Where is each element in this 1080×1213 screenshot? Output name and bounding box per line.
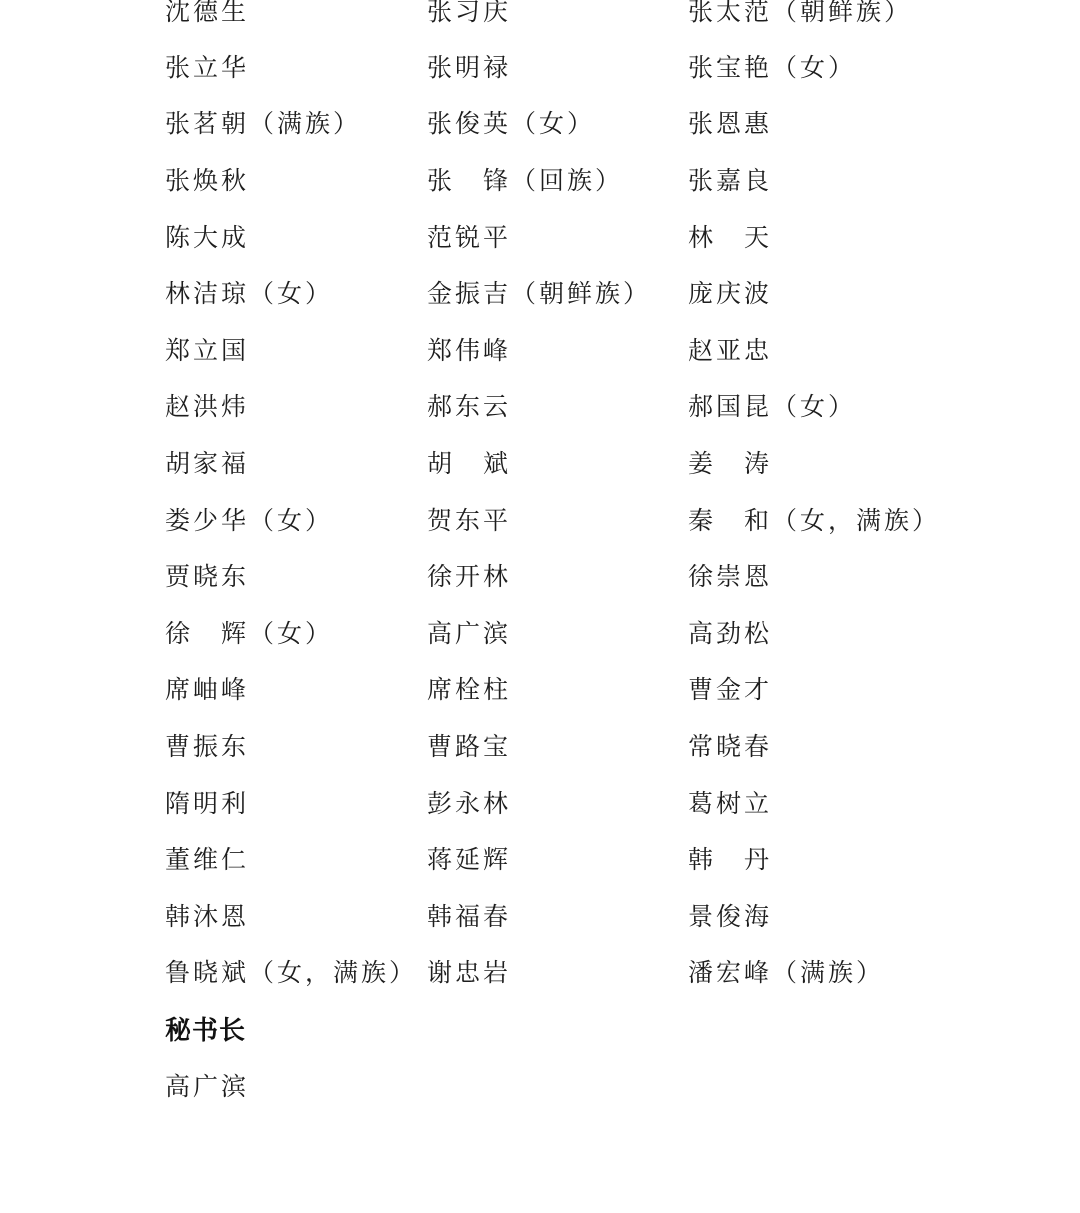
member-row: 徐 辉（女）高广滨高劲松 — [0, 614, 1080, 654]
member-row: 娄少华（女）贺东平秦 和（女，满族） — [0, 501, 1080, 541]
member-name: 曹振东 — [165, 727, 249, 767]
member-row: 陈大成范锐平林 天 — [0, 218, 1080, 258]
member-name: 沈德生 — [165, 0, 249, 32]
member-row: 赵洪炜郝东云郝国昆（女） — [0, 387, 1080, 427]
member-name: 谢忠岩 — [427, 953, 511, 993]
member-name: 金振吉（朝鲜族） — [427, 274, 651, 314]
member-name: 席岫峰 — [165, 670, 249, 710]
member-name: 曹金才 — [688, 670, 772, 710]
member-row: 沈德生张习庆张太范（朝鲜族） — [0, 0, 1080, 32]
member-name: 韩沐恩 — [165, 897, 249, 937]
member-name: 张 锋（回族） — [427, 161, 623, 201]
member-name: 曹路宝 — [427, 727, 511, 767]
member-name: 徐 辉（女） — [165, 614, 333, 654]
member-name: 陈大成 — [165, 218, 249, 258]
member-name: 董维仁 — [165, 840, 249, 880]
member-name: 张嘉良 — [688, 161, 772, 201]
member-row: 郑立国郑伟峰赵亚忠 — [0, 331, 1080, 371]
member-name: 张焕秋 — [165, 161, 249, 201]
member-row: 曹振东曹路宝常晓春 — [0, 727, 1080, 767]
member-name: 葛树立 — [688, 784, 772, 824]
member-name: 赵亚忠 — [688, 331, 772, 371]
member-name: 潘宏峰（满族） — [688, 953, 884, 993]
member-name: 韩 丹 — [688, 840, 772, 880]
section-heading-secretary-general: 秘书长 — [165, 1011, 246, 1051]
member-name: 林 天 — [688, 218, 772, 258]
member-row: 胡家福胡 斌姜 涛 — [0, 444, 1080, 484]
document-page: 沈德生张习庆张太范（朝鲜族）张立华张明禄张宝艳（女）张茗朝（满族）张俊英（女）张… — [0, 0, 1080, 1213]
member-row: 隋明利彭永林葛树立 — [0, 784, 1080, 824]
member-name: 韩福春 — [427, 897, 511, 937]
member-row: 林洁琼（女）金振吉（朝鲜族）庞庆波 — [0, 274, 1080, 314]
member-row: 张焕秋张 锋（回族）张嘉良 — [0, 161, 1080, 201]
member-name: 秦 和（女，满族） — [688, 501, 940, 541]
member-row: 董维仁蒋延辉韩 丹 — [0, 840, 1080, 880]
member-row: 贾晓东徐开林徐崇恩 — [0, 557, 1080, 597]
member-name: 张立华 — [165, 48, 249, 88]
member-name: 彭永林 — [427, 784, 511, 824]
member-row: 张茗朝（满族）张俊英（女）张恩惠 — [0, 104, 1080, 144]
member-name: 张俊英（女） — [427, 104, 595, 144]
member-name: 张明禄 — [427, 48, 511, 88]
secretary-general-name: 高广滨 — [165, 1067, 249, 1107]
member-name: 胡 斌 — [427, 444, 511, 484]
member-name: 徐开林 — [427, 557, 511, 597]
member-name: 贺东平 — [427, 501, 511, 541]
member-name: 贾晓东 — [165, 557, 249, 597]
member-name: 徐崇恩 — [688, 557, 772, 597]
member-name: 胡家福 — [165, 444, 249, 484]
member-name: 高劲松 — [688, 614, 772, 654]
member-name: 张习庆 — [427, 0, 511, 32]
member-name: 高广滨 — [427, 614, 511, 654]
member-name: 郝东云 — [427, 387, 511, 427]
member-row: 张立华张明禄张宝艳（女） — [0, 48, 1080, 88]
member-name: 张宝艳（女） — [688, 48, 856, 88]
member-row: 韩沐恩韩福春景俊海 — [0, 897, 1080, 937]
member-name: 郝国昆（女） — [688, 387, 856, 427]
member-name: 郑立国 — [165, 331, 249, 371]
member-row: 席岫峰席栓柱曹金才 — [0, 670, 1080, 710]
member-row: 鲁晓斌（女，满族）谢忠岩潘宏峰（满族） — [0, 953, 1080, 993]
member-name: 张恩惠 — [688, 104, 772, 144]
member-name: 郑伟峰 — [427, 331, 511, 371]
member-name: 张太范（朝鲜族） — [688, 0, 912, 32]
member-name: 景俊海 — [688, 897, 772, 937]
member-name: 席栓柱 — [427, 670, 511, 710]
member-name: 庞庆波 — [688, 274, 772, 314]
member-name: 蒋延辉 — [427, 840, 511, 880]
member-name: 鲁晓斌（女，满族） — [165, 953, 417, 993]
member-name: 林洁琼（女） — [165, 274, 333, 314]
member-name: 隋明利 — [165, 784, 249, 824]
member-name: 范锐平 — [427, 218, 511, 258]
member-name: 常晓春 — [688, 727, 772, 767]
member-name: 赵洪炜 — [165, 387, 249, 427]
member-name: 娄少华（女） — [165, 501, 333, 541]
member-name: 张茗朝（满族） — [165, 104, 361, 144]
member-name: 姜 涛 — [688, 444, 772, 484]
